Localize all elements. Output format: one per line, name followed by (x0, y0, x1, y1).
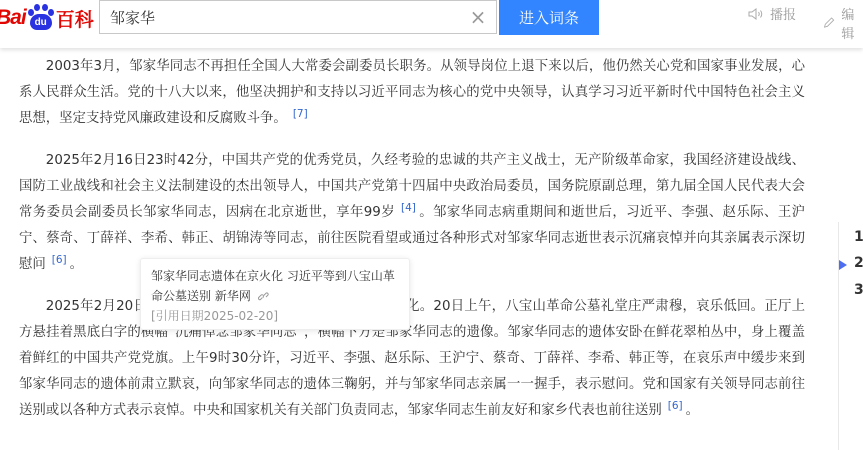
paragraph-2025-02-16: 2025年2月16日23时42分，中国共产党的优秀党员，久经考验的忠诚的共产主义… (19, 148, 805, 278)
link-icon[interactable] (258, 291, 269, 302)
logo-bai-text: Bai (0, 6, 26, 30)
baidu-baike-logo[interactable]: Bai du 百科 (0, 4, 94, 32)
search-box: × (99, 0, 497, 34)
speaker-icon (748, 7, 764, 21)
enter-entry-button[interactable]: 进入词条 (499, 0, 599, 35)
edit-button[interactable]: 编辑 (822, 4, 863, 42)
reference-link-6[interactable]: [6] (52, 254, 67, 266)
catalog-item-3[interactable]: 3 (854, 282, 863, 298)
edit-label: 编辑 (841, 4, 863, 42)
catalog-item-1[interactable]: 1 (854, 229, 863, 245)
catalog-item-2[interactable]: 2 (854, 255, 863, 271)
current-position-arrow-icon (839, 260, 847, 270)
paragraph-text: 。 (686, 403, 699, 418)
tooltip-citation-date: [引用日期2025-02-20] (151, 306, 399, 326)
clear-icon[interactable]: × (468, 7, 488, 27)
top-header: Bai du 百科 × 进入词条 播报 编辑 (0, 0, 863, 48)
tooltip-title[interactable]: 邹家华同志遗体在京火化 习近平等到八宝山革命公墓送别 新华网 (151, 266, 399, 306)
broadcast-label: 播报 (770, 4, 796, 23)
reference-link-4[interactable]: [4] (401, 202, 416, 214)
paragraph-2025-02-20: 2025年2月20日，邹家华同志遗体在北京八宝山革命公墓火化。20日上午，八宝山… (19, 294, 805, 424)
reference-link-7[interactable]: [7] (293, 108, 308, 120)
broadcast-button[interactable]: 播报 (748, 4, 796, 23)
logo-du-text: du (30, 14, 52, 30)
paragraph-2003: 2003年3月，邹家华同志不再担任全国人大常委会副委员长职务。从领导岗位上退下来… (19, 54, 805, 132)
paragraph-text: 2003年3月，邹家华同志不再担任全国人大常委会副委员长职务。从领导岗位上退下来… (19, 59, 805, 126)
article-content: 2003年3月，邹家华同志不再担任全国人大常委会副委员长职务。从领导岗位上退下来… (19, 54, 805, 440)
paw-icon: du (27, 4, 55, 32)
reference-link-6[interactable]: [6] (668, 400, 683, 412)
reference-tooltip: 邹家华同志遗体在京火化 习近平等到八宝山革命公墓送别 新华网 [引用日期2025… (140, 258, 410, 330)
pencil-icon (822, 15, 835, 31)
search-input[interactable] (100, 2, 450, 32)
tooltip-title-text[interactable]: 邹家华同志遗体在京火化 习近平等到八宝山革命公墓送别 新华网 (151, 269, 395, 303)
logo-baike-text: 百科 (56, 5, 94, 32)
paragraph-text: 。 (70, 257, 83, 272)
paragraph-text: 2025年2月20日，邹家华同志遗体在北京八宝山革命公墓火化。20日上午，八宝山… (19, 299, 805, 418)
catalog-sidebar: 1 2 3 (838, 222, 863, 450)
